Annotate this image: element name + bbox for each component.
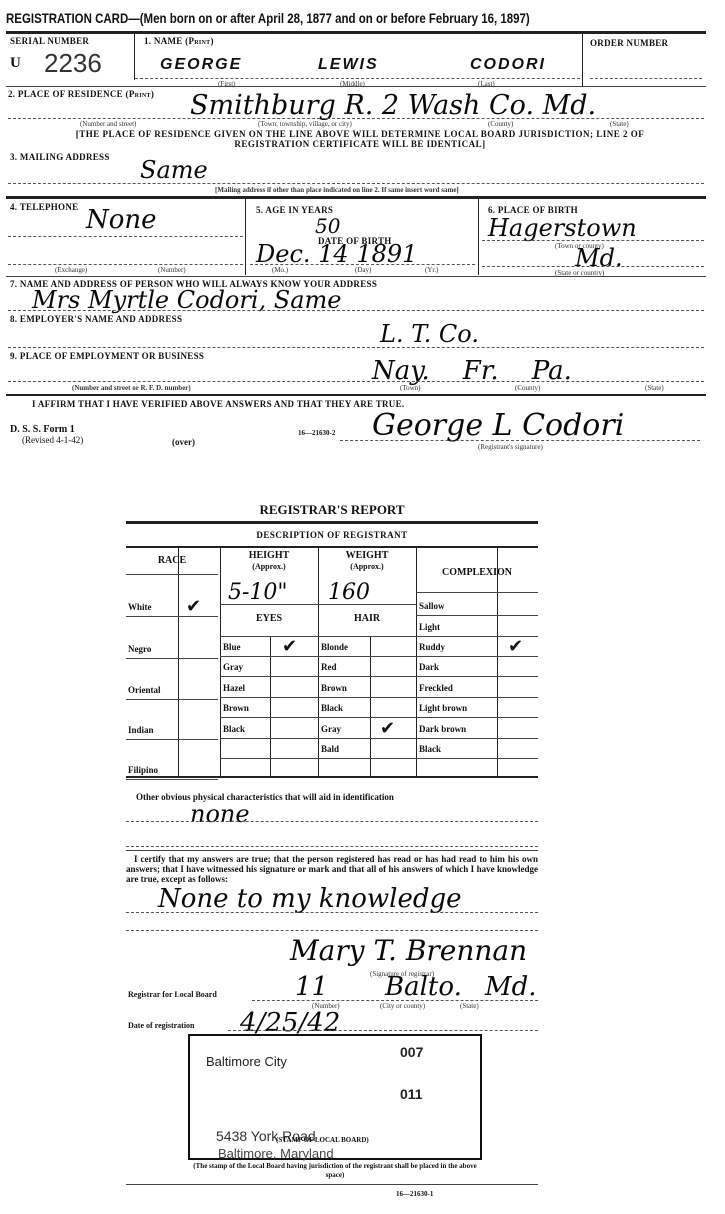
- employment-caption-county: (County): [515, 384, 540, 392]
- table-rule: [220, 738, 416, 739]
- eyes-option-hazel: Hazel: [223, 683, 245, 693]
- table-rule: [220, 758, 416, 759]
- dob-caption-month: (Mo.): [272, 266, 288, 274]
- serial-number-value: 2236: [44, 48, 102, 79]
- residence-caption-county: (County): [488, 120, 513, 128]
- table-rule: [220, 697, 416, 698]
- employment-caption-street: (Number and street or R. F. D. number): [72, 384, 191, 392]
- height-approx: (Approx.): [220, 562, 318, 571]
- name-first: GEORGE: [160, 56, 242, 74]
- eyes-option-brown: Brown: [223, 703, 249, 713]
- complexion-option-sallow: Sallow: [419, 601, 445, 611]
- hair-option-black: Black: [321, 703, 343, 713]
- complexion-option-ruddy: Ruddy: [419, 642, 445, 652]
- hair-option-bald: Bald: [321, 744, 339, 754]
- table-rule: [126, 779, 218, 780]
- table-rule: [416, 758, 538, 759]
- eyes-option-blue: Blue: [223, 642, 241, 652]
- report-subtitle: DESCRIPTION OF REGISTRANT: [126, 530, 538, 540]
- eyes-option-black: Black: [223, 724, 245, 734]
- table-rule: [220, 676, 416, 677]
- race-option-white: White: [128, 602, 152, 612]
- name-label: 1. NAME (Print): [144, 36, 214, 46]
- height-header: HEIGHT: [220, 550, 318, 561]
- table-rule: [416, 676, 538, 677]
- stamp-board-name: Baltimore City: [206, 1054, 287, 1069]
- affirm-statement: I AFFIRM THAT I HAVE VERIFIED ABOVE ANSW…: [32, 399, 404, 409]
- table-divider: [318, 548, 319, 776]
- employer-label: 8. EMPLOYER'S NAME AND ADDRESS: [10, 314, 182, 324]
- table-rule: [126, 574, 218, 575]
- hair-option-red: Red: [321, 662, 337, 672]
- registrant-signature: George L Codori: [372, 408, 624, 443]
- table-rule: [220, 604, 416, 605]
- name-middle: LEWIS: [318, 56, 379, 74]
- table-bottom-rule: [126, 776, 538, 778]
- card-title-main: REGISTRATION CARD—: [6, 10, 140, 26]
- race-header: RACE: [126, 555, 218, 566]
- stamp-note: (The stamp of the Local Board having jur…: [188, 1162, 482, 1180]
- table-divider: [497, 592, 498, 776]
- over-label: (over): [172, 437, 195, 447]
- complexion-option-dark-brown: Dark brown: [419, 724, 466, 734]
- dob-caption-year: (Yr.): [425, 266, 438, 274]
- exceptions-value: None to my knowledge: [158, 884, 462, 914]
- table-divider: [370, 636, 371, 776]
- residence-caption-state: (State): [610, 120, 629, 128]
- local-board-caption-state: (State): [460, 1002, 479, 1010]
- birthplace-state: Md.: [575, 244, 623, 272]
- stamp-address-2: Baltimore, Maryland: [218, 1146, 334, 1161]
- residence-caption-street: (Number and street): [80, 120, 136, 128]
- table-divider: [220, 548, 221, 776]
- check-icon: ✔: [380, 718, 395, 739]
- table-rule: [416, 615, 538, 616]
- stamp-caption: (STAMP OF LOCAL BOARD): [276, 1136, 369, 1144]
- local-board-city: Balto.: [385, 972, 462, 1002]
- stamp-code-1: 007: [400, 1044, 423, 1060]
- local-board-state: Md.: [485, 972, 537, 1002]
- report-print-code: 16—21630-1: [396, 1190, 433, 1198]
- table-rule: [126, 616, 218, 617]
- card-print-code: 16—21630-2: [298, 429, 335, 437]
- complexion-option-dark: Dark: [419, 662, 439, 672]
- registrant-signature-caption: (Registrant's signature): [478, 443, 543, 451]
- table-rule: [416, 592, 538, 593]
- residence-note: [THE PLACE OF RESIDENCE GIVEN ON THE LIN…: [60, 129, 660, 149]
- residence-label: 2. PLACE OF RESIDENCE (Print): [8, 89, 154, 99]
- table-rule: [126, 739, 218, 740]
- race-option-oriental: Oriental: [128, 685, 161, 695]
- complexion-option-light: Light: [419, 622, 440, 632]
- employment-caption-town: (Town): [400, 384, 421, 392]
- name-last: CODORI: [470, 56, 546, 74]
- complexion-option-freckled: Freckled: [419, 683, 453, 693]
- telephone-label: 4. TELEPHONE: [10, 202, 78, 212]
- employment-caption-state: (State): [645, 384, 664, 392]
- certify-statement: I certify that my answers are true; that…: [126, 854, 538, 884]
- table-rule: [220, 717, 416, 718]
- local-board-caption-city: (City or county): [380, 1002, 425, 1010]
- eyes-header: EYES: [220, 613, 318, 624]
- telephone-caption-exchange: (Exchange): [55, 266, 87, 274]
- table-rule: [416, 738, 538, 739]
- hair-option-brown: Brown: [321, 683, 347, 693]
- card-title-sub: (Men born on or after April 28, 1877 and…: [140, 10, 530, 26]
- residence-value: Smithburg R. 2 Wash Co. Md.: [190, 90, 596, 121]
- registrar-signature: Mary T. Brennan: [290, 934, 527, 967]
- height-value: 5-10": [228, 580, 288, 605]
- form-revision: (Revised 4-1-42): [22, 435, 83, 445]
- table-rule: [220, 636, 416, 637]
- table-divider: [416, 548, 417, 776]
- dob-caption-day: (Day): [355, 266, 371, 274]
- other-characteristics-value: none: [190, 800, 250, 828]
- telephone-value: None: [86, 205, 157, 235]
- table-divider: [178, 548, 179, 776]
- table-rule: [126, 699, 218, 700]
- eyes-option-gray: Gray: [223, 662, 243, 672]
- complexion-option-light-brown: Light brown: [419, 703, 467, 713]
- mailing-address-label: 3. MAILING ADDRESS: [10, 152, 110, 162]
- race-option-filipino: Filipino: [128, 765, 158, 775]
- hair-option-blonde: Blonde: [321, 642, 348, 652]
- registration-date-label: Date of registration: [128, 1021, 195, 1030]
- check-icon: ✔: [186, 596, 201, 617]
- table-divider: [270, 636, 271, 776]
- mailing-address-value: Same: [140, 156, 208, 184]
- employment-label: 9. PLACE OF EMPLOYMENT OR BUSINESS: [10, 351, 204, 361]
- other-characteristics-label: Other obvious physical characteristics t…: [136, 792, 394, 802]
- hair-option-gray: Gray: [321, 724, 341, 734]
- weight-header: WEIGHT: [318, 550, 416, 561]
- serial-number-label: SERIAL NUMBER: [10, 36, 89, 46]
- mailing-address-note: [Mailing address if other than place ind…: [215, 186, 459, 194]
- local-board-stamp: Baltimore City 007 011 5438 York Road (S…: [188, 1034, 482, 1160]
- report-title: REGISTRAR'S REPORT: [126, 502, 538, 518]
- telephone-caption-number: (Number): [158, 266, 186, 274]
- local-board-label: Registrar for Local Board: [128, 990, 217, 999]
- complexion-header: COMPLEXION: [416, 567, 538, 578]
- complexion-option-black: Black: [419, 744, 441, 754]
- race-option-indian: Indian: [128, 725, 154, 735]
- table-rule: [416, 697, 538, 698]
- weight-value: 160: [328, 580, 370, 605]
- race-option-negro: Negro: [128, 644, 151, 654]
- birthplace-town: Hagerstown: [488, 214, 637, 242]
- table-rule: [220, 656, 416, 657]
- age-value: 50: [315, 214, 340, 238]
- employer-value: L. T. Co.: [380, 320, 479, 348]
- serial-prefix: U: [10, 55, 21, 72]
- table-rule: [416, 717, 538, 718]
- card-title: REGISTRATION CARD—(Men born on or after …: [6, 10, 530, 26]
- local-board-number: 11: [295, 972, 328, 1002]
- order-number-label: ORDER NUMBER: [590, 38, 668, 48]
- weight-approx: (Approx.): [318, 562, 416, 571]
- check-icon: ✔: [282, 636, 297, 657]
- check-icon: ✔: [508, 636, 523, 657]
- stamp-code-2: 011: [400, 1086, 423, 1102]
- table-rule: [126, 658, 218, 659]
- residence-caption-town: (Town, township, village, or city): [258, 120, 352, 128]
- form-id: D. S. S. Form 1: [10, 424, 75, 435]
- hair-header: HAIR: [318, 613, 416, 624]
